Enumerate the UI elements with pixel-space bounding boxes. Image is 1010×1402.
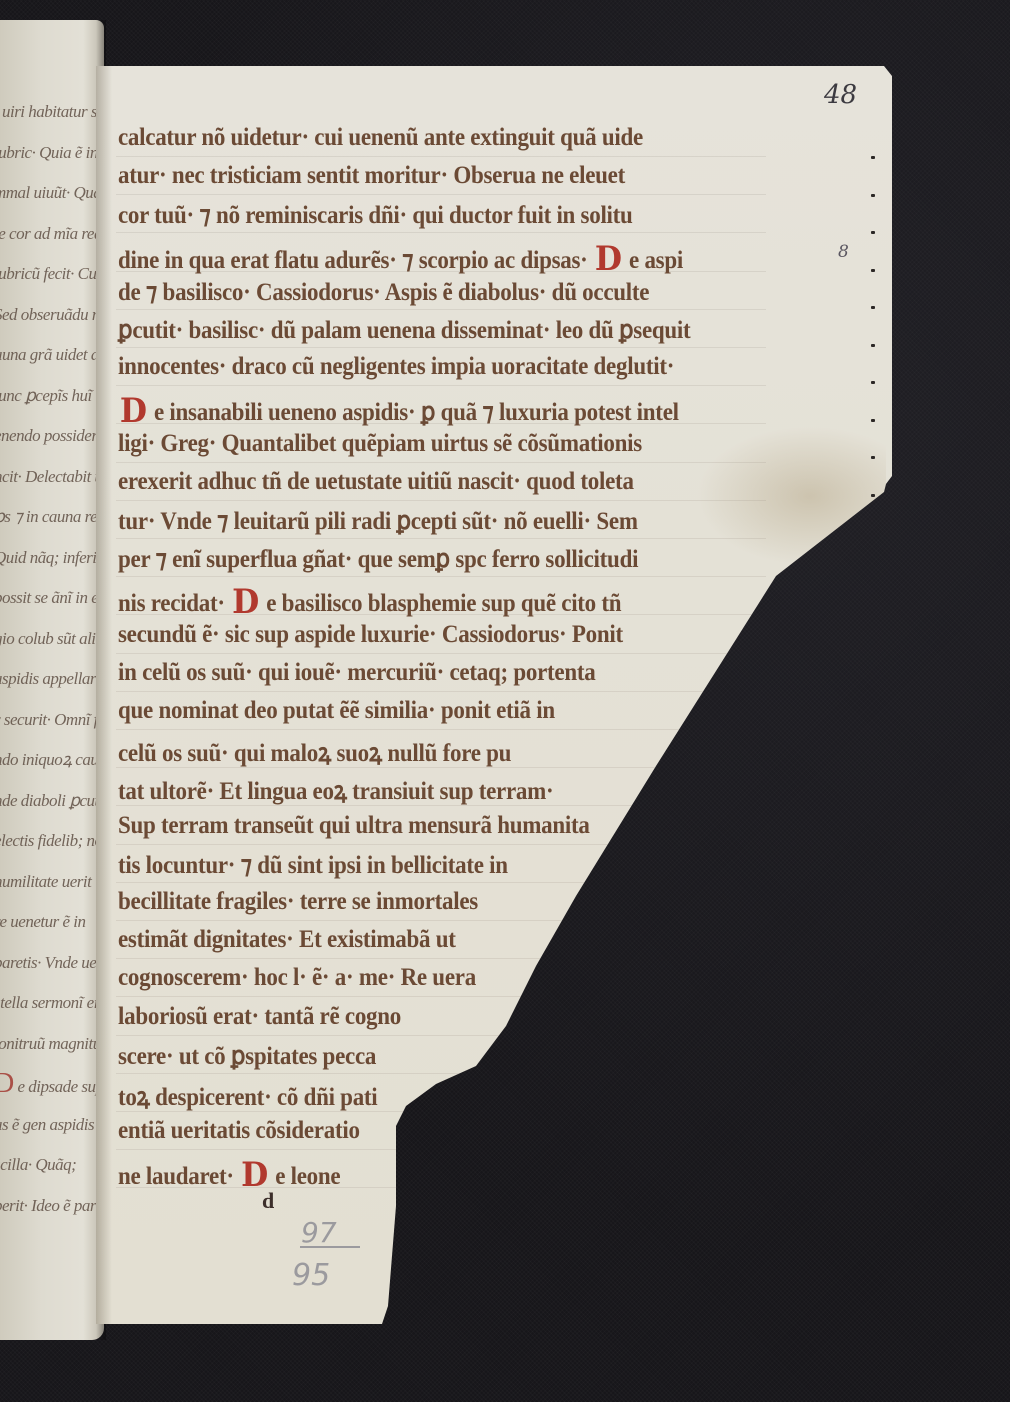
left-page-line: gio colub sũt aliquã: [0, 619, 104, 660]
ruling-line: [116, 347, 766, 348]
pricking-hole: [871, 381, 875, 384]
text-line: tat ultorẽ· Et lingua eoꝝ transiuit sup …: [118, 773, 553, 807]
left-page-line: nde diaboli ꝑcut: [0, 781, 104, 822]
pricking-hole: [871, 494, 875, 497]
left-page-line: D e dipsade sup: [0, 1064, 104, 1105]
text-line: entiã ueritatis cõsideratio: [118, 1117, 360, 1145]
pencil-old-number: 97: [301, 1216, 337, 1249]
ruling-line: [116, 653, 766, 654]
pricking-hole: [871, 194, 875, 197]
text-line: ne laudaret· D e leone: [118, 1155, 340, 1195]
left-page-line: Sed obseruãdu mandatis: [0, 295, 104, 336]
left-page-line: perit· Ideo ẽ par: [0, 1186, 104, 1227]
ruling-line: [116, 1035, 766, 1036]
pricking-hole: [871, 231, 875, 234]
text-line: D e insanabili ueneno aspidis· ꝑ quã ⁊ l…: [118, 391, 679, 431]
left-page-line: stella sermonĩ eius: [0, 983, 104, 1024]
left-page-line: r securit· Omnĩ fit: [0, 700, 104, 741]
text-line: estimãt dignitates· Et existimabã ut: [118, 926, 456, 954]
ruling-line: [116, 309, 766, 310]
pricking-hole: [871, 156, 875, 159]
manuscript-folio: calcatur nõ uidetur· cui uenenũ ante ext…: [96, 66, 892, 1324]
text-line: cor tuũ· ⁊ nõ reminiscaris dñi· qui duct…: [118, 200, 633, 230]
red-initial: D: [595, 239, 622, 279]
left-page-text: l uiri habitatur serpẽslubric· Quia ẽ in…: [0, 92, 104, 1226]
left-page-line: ndo iniquoꝝ cauda: [0, 740, 104, 781]
text-line: dine in qua erat flatu adurẽs· ⁊ scorpio…: [118, 239, 683, 279]
left-page-line: hcit· Delectabit uiui: [0, 457, 104, 498]
red-initial: D: [0, 1068, 14, 1099]
ruling-line: [116, 691, 766, 692]
left-facing-page: l uiri habitatur serpẽslubric· Quia ẽ in…: [0, 20, 104, 1340]
left-page-line: scilla· Quãq;: [0, 1145, 104, 1186]
red-initial: D: [232, 582, 259, 622]
gutter-edge: [96, 66, 112, 1324]
text-line: erexerit adhuc tñ de uetustate uitiũ nas…: [118, 468, 634, 496]
pencil-new-number: 95: [292, 1258, 330, 1293]
text-line: de ⁊ basilisco· Cassiodorus· Aspis ẽ dia…: [118, 277, 649, 307]
pencil-strikethrough: [300, 1246, 360, 1248]
red-initial: D: [120, 391, 147, 431]
left-page-line: re uenetur ẽ in: [0, 902, 104, 943]
text-line: atur· nec tristiciam sentit moritur· Obs…: [118, 162, 625, 190]
left-page-line: possit se ãnĩ in eoꝝ: [0, 578, 104, 619]
left-page-line: aspidis appellar nõ: [0, 659, 104, 700]
ruling-line: [116, 156, 766, 157]
text-line: nis recidat· D e basilisco blasphemie su…: [118, 582, 621, 622]
left-page-line: l uiri habitatur serpẽs: [0, 92, 104, 133]
text-line: calcatur nõ uidetur· cui uenenũ ante ext…: [118, 124, 643, 152]
ruling-line: [116, 844, 766, 845]
left-page-line: lunc ꝑcepĩs huĩ mundi: [0, 376, 104, 417]
pricking-hole: [871, 306, 875, 309]
ruling-line: [116, 882, 766, 883]
left-page-line: enendo possideri· sed: [0, 416, 104, 457]
text-line: scere· ut cõ ꝑspitates pecca: [118, 1041, 376, 1071]
text-line: Sup terram transeũt qui ultra mensurã hu…: [118, 812, 590, 840]
text-line: secundũ ẽ· sic sup aspide luxurie· Cassi…: [118, 621, 623, 649]
left-page-line: Quid nãq; inferior: [0, 538, 104, 579]
quire-mark: 8: [838, 242, 849, 262]
text-line: cognoscerem· hoc l· ẽ· a· me· Re uera: [118, 964, 476, 992]
pricking-hole: [871, 531, 875, 534]
ruling-line: [116, 729, 766, 730]
left-page-line: ie cor ad mĩa redd du: [0, 214, 104, 255]
pricking-hole: [871, 269, 875, 272]
ruling-line: [116, 958, 766, 959]
text-line: in celũ os suũ· qui iouẽ· mercuriũ· ceta…: [118, 659, 595, 687]
ruling-line: [116, 385, 766, 386]
text-line: becillitate fragiles· terre se inmortale…: [118, 888, 478, 916]
text-line: innocentes· draco cũ negligentes impia u…: [118, 353, 674, 381]
text-line: tis locuntur· ⁊ dũ sint ipsi in bellicit…: [118, 850, 508, 880]
pricking-hole: [871, 419, 875, 422]
left-page-line: auna grã uidet a nob: [0, 335, 104, 376]
text-line: que nominat deo putat ẽẽ similia· ponit …: [118, 697, 555, 725]
text-line: ligi· Greg· Quantalibet quẽpiam uirtus s…: [118, 430, 642, 458]
text-line: celũ os suũ· qui maloꝝ suoꝝ nullũ fore p…: [118, 735, 511, 769]
ruling-line: [116, 1149, 766, 1150]
left-page-line: lubric· Quia ẽ in uirtuti: [0, 133, 104, 174]
ruling-line: [116, 538, 766, 539]
catchword-mark: d: [262, 1188, 274, 1214]
left-page-line: humilitate uerit: [0, 862, 104, 903]
text-line: ꝑcutit· basilisc· dũ palam uenena dissem…: [118, 315, 690, 345]
left-page-line: lubricũ fecit· Cuiq; in: [0, 254, 104, 295]
ruling-line: [116, 996, 766, 997]
text-line: toꝝ despicerent· cõ dñi pati: [118, 1079, 377, 1113]
left-page-line: paretis· Vnde uel: [0, 943, 104, 984]
ruling-line: [116, 500, 766, 501]
ruling-line: [116, 194, 766, 195]
water-stain: [696, 426, 886, 566]
text-line: laboriosũ erat· tantã rẽ cogno: [118, 1003, 401, 1031]
left-page-line: tonitruũ magnitud: [0, 1024, 104, 1065]
text-line: tur· Vnde ⁊ leuitarũ pili radi ꝑcepti sũ…: [118, 506, 638, 536]
ruling-line: [116, 576, 766, 577]
ruling-line: [116, 920, 766, 921]
ruling-line: [116, 462, 766, 463]
ruling-line: [116, 1073, 766, 1074]
left-page-line: mmal uiuũt· Qua fugite: [0, 173, 104, 214]
folio-number: 48: [824, 80, 857, 110]
left-page-line: as ẽ gen aspidis qui: [0, 1105, 104, 1146]
left-page-line: electis fidelib; nõ: [0, 821, 104, 862]
pricking-hole: [871, 344, 875, 347]
text-line: per ⁊ enĩ superflua gñat· que semꝑ spc f…: [118, 544, 638, 574]
left-page-line: ꝑs ⁊ in cauna regi· qui: [0, 497, 104, 538]
ruling-line: [116, 232, 766, 233]
pricking-hole: [871, 456, 875, 459]
